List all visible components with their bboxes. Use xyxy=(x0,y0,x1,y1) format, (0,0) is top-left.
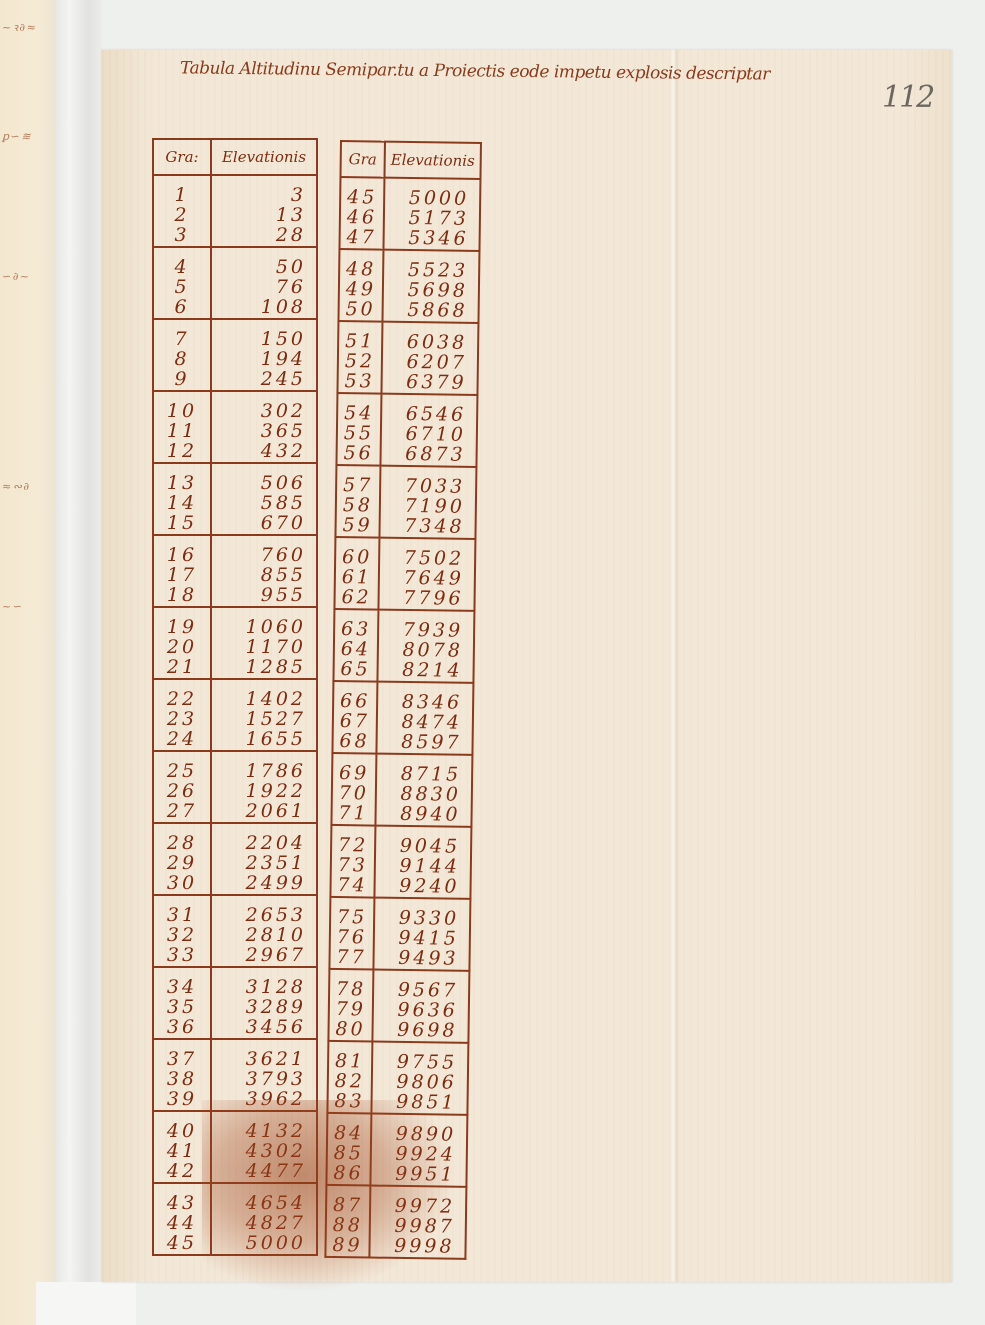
degree-cell: 222324 xyxy=(153,679,211,751)
degree-value: 37 xyxy=(154,1049,210,1069)
binding-gutter xyxy=(56,0,102,1325)
degree-value: 70 xyxy=(333,783,375,804)
elevation-value: 9045 xyxy=(376,836,470,857)
elevation-value: 5523 xyxy=(384,260,478,281)
elevation-cell: 465448275000 xyxy=(211,1183,317,1255)
degree-value: 64 xyxy=(335,639,377,660)
elevation-value: 9851 xyxy=(372,1092,466,1113)
elevation-value: 9890 xyxy=(372,1124,466,1145)
elevation-cell: 150194245 xyxy=(211,319,317,391)
degree-value: 57 xyxy=(337,475,379,496)
elevation-table-right: Gra Elevationis 454647500051735346484950… xyxy=(324,140,482,1260)
elevation-value: 3793 xyxy=(212,1069,316,1089)
degree-value: 45 xyxy=(154,1233,210,1253)
elevation-value: 365 xyxy=(212,421,316,441)
degree-value: 11 xyxy=(154,421,210,441)
facing-page-writing: ∽ ∂ ~ xyxy=(2,270,28,283)
degree-cell: 434445 xyxy=(153,1183,211,1255)
degree-cell: 787980 xyxy=(328,969,373,1042)
table-row-group: 787980956796369698 xyxy=(328,969,469,1043)
elevation-value: 1060 xyxy=(212,617,316,637)
elevation-value: 585 xyxy=(212,493,316,513)
degree-value: 38 xyxy=(154,1069,210,1089)
elevation-value: 9806 xyxy=(373,1072,467,1093)
degree-value: 71 xyxy=(332,803,374,824)
degree-value: 78 xyxy=(330,979,372,1000)
table-row-group: 343536312832893456 xyxy=(153,967,317,1039)
table-row-group: 697071871588308940 xyxy=(331,753,472,827)
elevation-cell: 265328102967 xyxy=(211,895,317,967)
elevation-value: 1786 xyxy=(212,761,316,781)
degree-cell: 343536 xyxy=(153,967,211,1039)
degree-value: 77 xyxy=(330,947,372,968)
elevation-cell: 975598069851 xyxy=(371,1042,468,1115)
degree-value: 79 xyxy=(330,999,372,1020)
elevation-value: 8597 xyxy=(377,732,471,753)
elevation-cell: 997299879998 xyxy=(369,1186,466,1259)
elevation-cell: 654667106873 xyxy=(380,394,477,467)
header-elevationis: Elevationis xyxy=(384,142,480,179)
degree-value: 89 xyxy=(326,1235,368,1256)
degree-value: 23 xyxy=(154,709,210,729)
degree-value: 44 xyxy=(154,1213,210,1233)
elevation-value: 3289 xyxy=(212,997,316,1017)
elevation-value: 3621 xyxy=(212,1049,316,1069)
elevation-value: 1527 xyxy=(212,709,316,729)
degree-value: 36 xyxy=(154,1017,210,1037)
elevation-value: 9924 xyxy=(372,1144,466,1165)
elevation-value: 6379 xyxy=(382,372,476,393)
elevation-value: 6710 xyxy=(382,424,476,445)
elevation-value: 9493 xyxy=(374,948,468,969)
degree-value: 59 xyxy=(336,515,378,536)
elevation-value: 7348 xyxy=(380,516,474,537)
degree-cell: 454647 xyxy=(339,177,384,250)
degree-cell: 123 xyxy=(153,175,211,247)
degree-value: 25 xyxy=(154,761,210,781)
elevation-value: 9567 xyxy=(374,980,468,1001)
degree-value: 33 xyxy=(154,945,210,965)
elevation-value: 1655 xyxy=(212,729,316,749)
elevation-value: 2967 xyxy=(212,945,316,965)
degree-value: 83 xyxy=(328,1091,370,1112)
elevation-value: 13 xyxy=(212,205,316,225)
degree-value: 31 xyxy=(154,905,210,925)
elevation-value: 7939 xyxy=(379,620,473,641)
degree-value: 80 xyxy=(329,1019,371,1040)
table-row-group: 4565076108 xyxy=(153,247,317,319)
elevation-value: 8474 xyxy=(378,712,472,733)
degree-value: 39 xyxy=(154,1089,210,1109)
elevation-value: 432 xyxy=(212,441,316,461)
degree-value: 47 xyxy=(341,227,383,248)
degree-value: 20 xyxy=(154,637,210,657)
degree-value: 30 xyxy=(154,873,210,893)
elevation-cell: 31328 xyxy=(211,175,317,247)
degree-value: 74 xyxy=(331,875,373,896)
degree-cell: 515253 xyxy=(337,321,382,394)
degree-value: 16 xyxy=(154,545,210,565)
degree-cell: 373839 xyxy=(153,1039,211,1111)
elevation-value: 9636 xyxy=(374,1000,468,1021)
degree-value: 32 xyxy=(154,925,210,945)
table-row-group: 282930220423512499 xyxy=(153,823,317,895)
elevation-value: 2351 xyxy=(212,853,316,873)
elevation-cell: 362137933962 xyxy=(211,1039,317,1111)
degree-cell: 727374 xyxy=(330,825,375,898)
degree-value: 7 xyxy=(154,329,210,349)
facing-page-edge: ~ ꝛ ∂ ≈ ꝑ ∽ ≋ ∽ ∂ ~ ≈ ∾ ∂ ~ ∽ xyxy=(0,0,56,1325)
degree-cell: 666768 xyxy=(332,681,377,754)
elevation-cell: 500051735346 xyxy=(383,178,480,251)
elevation-value: 2204 xyxy=(212,833,316,853)
degree-cell: 878889 xyxy=(325,1185,370,1258)
elevation-value: 9951 xyxy=(371,1164,465,1185)
elevation-cell: 933094159493 xyxy=(373,898,470,971)
elevation-value: 9415 xyxy=(375,928,469,949)
degree-value: 84 xyxy=(328,1123,370,1144)
table-row-group: 192021106011701285 xyxy=(153,607,317,679)
degree-value: 4 xyxy=(154,257,210,277)
elevation-value: 8715 xyxy=(377,764,471,785)
degree-value: 58 xyxy=(337,495,379,516)
elevation-value: 3 xyxy=(212,185,316,205)
table-row-group: 434445465448275000 xyxy=(153,1183,317,1255)
degree-cell: 545556 xyxy=(336,393,381,466)
degree-value: 21 xyxy=(154,657,210,677)
elevation-value: 4132 xyxy=(212,1121,316,1141)
degree-value: 26 xyxy=(154,781,210,801)
table-row-group: 12331328 xyxy=(153,175,317,247)
elevation-value: 4654 xyxy=(212,1193,316,1213)
facing-page-writing: ~ ∽ xyxy=(2,600,21,613)
degree-value: 6 xyxy=(154,297,210,317)
table-row-group: 878889997299879998 xyxy=(325,1185,466,1259)
elevation-value: 6873 xyxy=(381,444,475,465)
table-row-group: 313233265328102967 xyxy=(153,895,317,967)
elevation-value: 4477 xyxy=(212,1161,316,1181)
degree-value: 56 xyxy=(337,443,379,464)
table-row-group: 222324140215271655 xyxy=(153,679,317,751)
elevation-value: 2061 xyxy=(212,801,316,821)
elevation-value: 1170 xyxy=(212,637,316,657)
elevation-cell: 220423512499 xyxy=(211,823,317,895)
degree-value: 29 xyxy=(154,853,210,873)
degree-value: 60 xyxy=(336,547,378,568)
elevation-cell: 506585670 xyxy=(211,463,317,535)
table-row-group: 606162750276497796 xyxy=(334,537,475,611)
elevation-cell: 312832893456 xyxy=(211,967,317,1039)
elevation-value: 3456 xyxy=(212,1017,316,1037)
degree-cell: 404142 xyxy=(153,1111,211,1183)
elevation-value: 9755 xyxy=(373,1052,467,1073)
elevation-value: 8346 xyxy=(378,692,472,713)
elevation-value: 76 xyxy=(212,277,316,297)
elevation-cell: 760855955 xyxy=(211,535,317,607)
table-row-group: 757677933094159493 xyxy=(329,897,470,971)
degree-cell: 252627 xyxy=(153,751,211,823)
header-gra: Gra: xyxy=(153,139,211,175)
table-row-group: 818283975598069851 xyxy=(327,1041,468,1115)
elevation-value: 855 xyxy=(212,565,316,585)
degree-value: 2 xyxy=(154,205,210,225)
table-row-group: 515253603862076379 xyxy=(337,321,478,395)
degree-value: 72 xyxy=(332,835,374,856)
elevation-value: 6207 xyxy=(383,352,477,373)
degree-cell: 101112 xyxy=(153,391,211,463)
elevation-value: 6038 xyxy=(383,332,477,353)
degree-value: 85 xyxy=(328,1143,370,1164)
table-row-group: 373839362137933962 xyxy=(153,1039,317,1111)
table-row-group: 161718760855955 xyxy=(153,535,317,607)
degree-cell: 636465 xyxy=(333,609,378,682)
degree-value: 52 xyxy=(339,351,381,372)
mount-tab xyxy=(36,1282,136,1325)
elevation-cell: 5076108 xyxy=(211,247,317,319)
elevation-cell: 703371907348 xyxy=(379,466,476,539)
table-row-group: 575859703371907348 xyxy=(335,465,476,539)
elevation-value: 50 xyxy=(212,257,316,277)
degree-value: 12 xyxy=(154,441,210,461)
degree-value: 14 xyxy=(154,493,210,513)
degree-value: 42 xyxy=(154,1161,210,1181)
elevation-value: 2499 xyxy=(212,873,316,893)
elevation-value: 2653 xyxy=(212,905,316,925)
elevation-value: 5868 xyxy=(383,300,477,321)
elevation-value: 4827 xyxy=(212,1213,316,1233)
elevation-cell: 603862076379 xyxy=(381,322,478,395)
folio-number: 112 xyxy=(882,80,933,115)
elevation-value: 9330 xyxy=(375,908,469,929)
manuscript-sheet: Tabula Altitudinu Semipar.tu a Proiectis… xyxy=(102,50,952,1282)
page-title: Tabula Altitudinu Semipar.tu a Proiectis… xyxy=(180,58,880,85)
elevation-value: 8214 xyxy=(378,660,472,681)
degree-value: 17 xyxy=(154,565,210,585)
degree-value: 9 xyxy=(154,369,210,389)
table-row-group: 848586989099249951 xyxy=(326,1113,467,1187)
degree-value: 35 xyxy=(154,997,210,1017)
degree-value: 61 xyxy=(336,567,378,588)
degree-value: 50 xyxy=(340,299,382,320)
facing-page-writing: ≈ ∾ ∂ xyxy=(2,480,28,493)
elevation-cell: 834684748597 xyxy=(376,682,473,755)
elevation-value: 5000 xyxy=(385,188,479,209)
table-row-group: 454647500051735346 xyxy=(339,177,480,251)
elevation-value: 245 xyxy=(212,369,316,389)
degree-cell: 757677 xyxy=(329,897,374,970)
degree-value: 18 xyxy=(154,585,210,605)
degree-value: 41 xyxy=(154,1141,210,1161)
table-row-group: 404142413243024477 xyxy=(153,1111,317,1183)
degree-value: 55 xyxy=(338,423,380,444)
elevation-value: 3962 xyxy=(212,1089,316,1109)
degree-value: 51 xyxy=(339,331,381,352)
degree-value: 63 xyxy=(335,619,377,640)
degree-cell: 818283 xyxy=(327,1041,372,1114)
degree-value: 87 xyxy=(327,1195,369,1216)
header-gra: Gra xyxy=(340,141,384,178)
table-row-group: 636465793980788214 xyxy=(333,609,474,683)
degree-value: 75 xyxy=(331,907,373,928)
degree-cell: 697071 xyxy=(331,753,376,826)
elevation-cell: 904591449240 xyxy=(374,826,471,899)
elevation-value: 760 xyxy=(212,545,316,565)
degree-cell: 606162 xyxy=(334,537,379,610)
elevation-cell: 140215271655 xyxy=(211,679,317,751)
elevation-value: 1402 xyxy=(212,689,316,709)
elevation-value: 506 xyxy=(212,473,316,493)
table-row-group: 484950552356985868 xyxy=(338,249,479,323)
facing-page-writing: ꝑ ∽ ≋ xyxy=(2,130,29,143)
degree-cell: 789 xyxy=(153,319,211,391)
degree-cell: 575859 xyxy=(335,465,380,538)
degree-value: 45 xyxy=(341,187,383,208)
elevation-cell: 552356985868 xyxy=(382,250,479,323)
degree-value: 82 xyxy=(329,1071,371,1092)
elevation-cell: 793980788214 xyxy=(377,610,474,683)
elevation-value: 8830 xyxy=(377,784,471,805)
elevation-value: 302 xyxy=(212,401,316,421)
elevation-cell: 750276497796 xyxy=(378,538,475,611)
elevation-value: 4302 xyxy=(212,1141,316,1161)
degree-value: 10 xyxy=(154,401,210,421)
table-row-group: 789150194245 xyxy=(153,319,317,391)
degree-cell: 848586 xyxy=(326,1113,371,1186)
elevation-value: 3128 xyxy=(212,977,316,997)
degree-value: 34 xyxy=(154,977,210,997)
degree-value: 19 xyxy=(154,617,210,637)
elevation-cell: 956796369698 xyxy=(372,970,469,1043)
elevation-value: 2810 xyxy=(212,925,316,945)
elevation-value: 9998 xyxy=(370,1236,464,1257)
degree-value: 73 xyxy=(332,855,374,876)
degree-value: 86 xyxy=(327,1163,369,1184)
elevation-value: 7649 xyxy=(380,568,474,589)
degree-value: 88 xyxy=(327,1215,369,1236)
degree-value: 67 xyxy=(334,711,376,732)
elevation-value: 7190 xyxy=(381,496,475,517)
elevation-value: 1922 xyxy=(212,781,316,801)
elevation-value: 955 xyxy=(212,585,316,605)
elevation-cell: 413243024477 xyxy=(211,1111,317,1183)
elevation-cell: 178619222061 xyxy=(211,751,317,823)
degree-cell: 456 xyxy=(153,247,211,319)
degree-value: 8 xyxy=(154,349,210,369)
degree-value: 40 xyxy=(154,1121,210,1141)
elevation-value: 9240 xyxy=(375,876,469,897)
degree-value: 76 xyxy=(331,927,373,948)
elevation-value: 28 xyxy=(212,225,316,245)
elevation-value: 6546 xyxy=(382,404,476,425)
table-row-group: 727374904591449240 xyxy=(330,825,471,899)
table-row-group: 131415506585670 xyxy=(153,463,317,535)
degree-value: 15 xyxy=(154,513,210,533)
elevation-value: 5346 xyxy=(385,228,479,249)
elevation-value: 9144 xyxy=(376,856,470,877)
degree-value: 49 xyxy=(340,279,382,300)
elevation-value: 7033 xyxy=(381,476,475,497)
degree-value: 66 xyxy=(334,691,376,712)
degree-value: 54 xyxy=(338,403,380,424)
elevation-value: 8940 xyxy=(376,804,470,825)
elevation-value: 670 xyxy=(212,513,316,533)
elevation-value: 8078 xyxy=(379,640,473,661)
paper-fold xyxy=(670,50,680,1282)
elevation-cell: 871588308940 xyxy=(375,754,472,827)
elevation-cell: 106011701285 xyxy=(211,607,317,679)
degree-value: 81 xyxy=(329,1051,371,1072)
elevation-value: 108 xyxy=(212,297,316,317)
degree-value: 24 xyxy=(154,729,210,749)
degree-value: 13 xyxy=(154,473,210,493)
table-row-group: 101112302365432 xyxy=(153,391,317,463)
elevation-value: 5000 xyxy=(212,1233,316,1253)
degree-cell: 131415 xyxy=(153,463,211,535)
elevation-value: 5698 xyxy=(384,280,478,301)
table-row-group: 545556654667106873 xyxy=(336,393,477,467)
elevation-value: 5173 xyxy=(385,208,479,229)
elevation-value: 7502 xyxy=(380,548,474,569)
degree-value: 65 xyxy=(334,659,376,680)
elevation-value: 150 xyxy=(212,329,316,349)
degree-cell: 192021 xyxy=(153,607,211,679)
degree-value: 46 xyxy=(341,207,383,228)
degree-value: 1 xyxy=(154,185,210,205)
elevation-value: 194 xyxy=(212,349,316,369)
degree-cell: 313233 xyxy=(153,895,211,967)
elevation-value: 9972 xyxy=(371,1196,465,1217)
degree-value: 43 xyxy=(154,1193,210,1213)
degree-value: 22 xyxy=(154,689,210,709)
table-row-group: 252627178619222061 xyxy=(153,751,317,823)
elevation-value: 1285 xyxy=(212,657,316,677)
elevation-cell: 302365432 xyxy=(211,391,317,463)
header-elevationis: Elevationis xyxy=(211,139,317,175)
elevation-cell: 989099249951 xyxy=(370,1114,467,1187)
elevation-table-left: Gra: Elevationis 12331328456507610878915… xyxy=(152,138,318,1256)
degree-value: 62 xyxy=(335,587,377,608)
elevation-value: 7796 xyxy=(379,588,473,609)
degree-cell: 484950 xyxy=(338,249,383,322)
table-row-group: 666768834684748597 xyxy=(332,681,473,755)
degree-value: 68 xyxy=(333,731,375,752)
degree-value: 69 xyxy=(333,763,375,784)
elevation-value: 9698 xyxy=(373,1020,467,1041)
degree-value: 28 xyxy=(154,833,210,853)
degree-value: 3 xyxy=(154,225,210,245)
facing-page-writing: ~ ꝛ ∂ ≈ xyxy=(2,20,35,35)
degree-value: 53 xyxy=(338,371,380,392)
degree-cell: 282930 xyxy=(153,823,211,895)
elevation-value: 9987 xyxy=(371,1216,465,1237)
degree-value: 48 xyxy=(340,259,382,280)
degree-value: 5 xyxy=(154,277,210,297)
degree-value: 27 xyxy=(154,801,210,821)
degree-cell: 161718 xyxy=(153,535,211,607)
